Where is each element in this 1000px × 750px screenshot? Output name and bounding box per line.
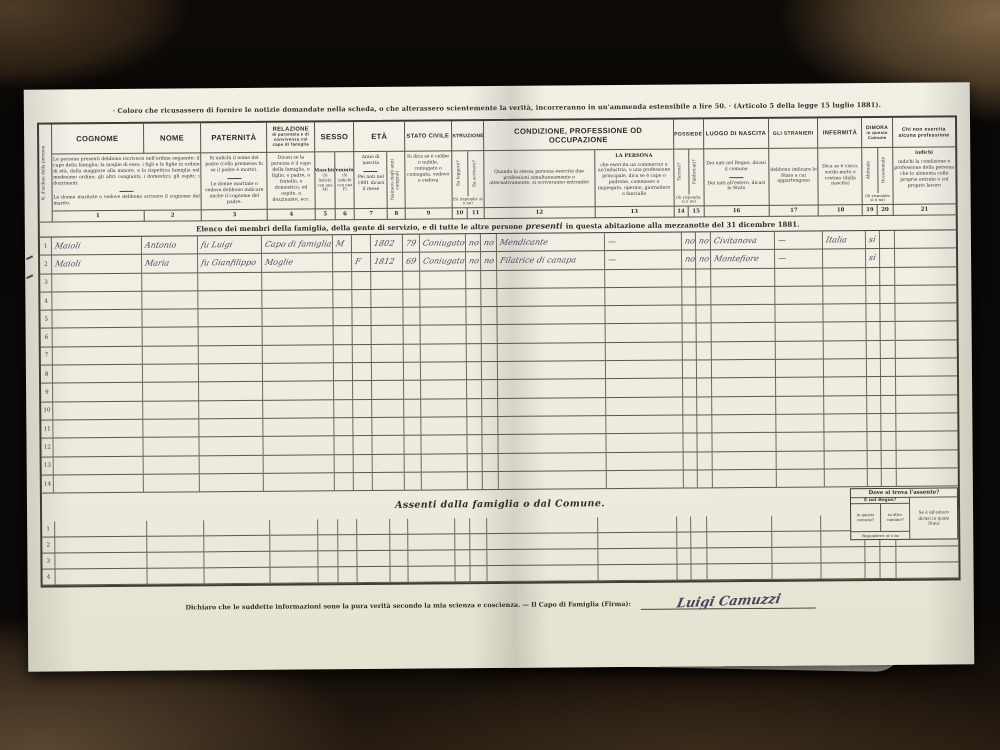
cell-legge [468, 472, 483, 490]
cell-chi [897, 450, 958, 469]
cell-stato [422, 454, 468, 473]
cell-anno: 1812 [371, 253, 403, 272]
col-number-8: 8 [388, 209, 406, 220]
cell-m [334, 473, 354, 491]
col-number-9: 9 [406, 208, 453, 219]
cell-luogo [713, 433, 777, 452]
cell-legge [467, 344, 482, 362]
cell-scrive [482, 417, 498, 435]
cell-condizione [499, 434, 607, 453]
cell-chi [896, 547, 958, 563]
handwritten-entry: fu Luigi [197, 240, 233, 249]
cell-occasionale [881, 377, 896, 395]
cell-infermita [823, 268, 866, 287]
cell-abituale [867, 432, 881, 450]
cell-abituale [867, 341, 881, 359]
cell-anno [372, 326, 404, 345]
cell-fabbricati [697, 324, 712, 342]
cell-cognome [53, 310, 142, 329]
terreni-header: Terreni? [674, 150, 689, 195]
cell-infermita [823, 286, 866, 305]
cell-anno [372, 345, 404, 364]
cell-anni: 79 [403, 235, 420, 253]
cell-stato [408, 519, 455, 535]
cell-paternita [199, 346, 263, 365]
relazione-note: Dicasi se la persona è il capo della fam… [268, 152, 316, 209]
margin-pen-mark [26, 255, 33, 260]
cell-occasionale [881, 341, 896, 359]
cell-fabbricati [691, 533, 707, 549]
cell-persona [605, 287, 682, 306]
cell-terreni [677, 533, 692, 549]
cell-paternita: fu Luigi [198, 236, 262, 255]
cell-chi [896, 304, 957, 323]
cell-nome [147, 536, 205, 552]
cell-legge [466, 271, 481, 289]
cell-stranieri [776, 360, 824, 379]
cell-fabbricati [697, 360, 712, 378]
sa-leggere-header: Sa leggere? [452, 151, 468, 196]
cell-scrive [482, 380, 498, 398]
cell-m [333, 308, 353, 326]
handwritten-entry: — [604, 237, 617, 246]
handwritten-entry: Montefiore [711, 254, 761, 263]
cell-fabbricati [698, 415, 713, 433]
col-luogo-nascita-header: LUOGO DI NASCITA [704, 119, 769, 150]
handwritten-entry: 1812 [370, 257, 395, 266]
cell-f [354, 436, 373, 454]
cell-chi [896, 395, 957, 414]
handwritten-entry: no [480, 256, 495, 265]
cell-stranieri [776, 341, 824, 360]
cell-terreni [684, 452, 698, 470]
cell-fabbricati [692, 565, 708, 581]
cell-nome [147, 520, 205, 536]
row-number: 13 [42, 457, 55, 475]
cell-luogo [713, 470, 777, 489]
cell-scrive [482, 399, 498, 417]
photo-background: · Coloro che ricusassero di fornire le n… [0, 0, 1000, 750]
cell-abituale [866, 286, 880, 304]
cell-f [354, 473, 373, 491]
col-stato-civile-header: STATO CIVILE [405, 121, 452, 151]
cell-anni [404, 326, 421, 344]
cell-f [354, 455, 373, 473]
cell-persona [606, 306, 683, 325]
cell-luogo [713, 451, 777, 470]
cell-cognome [55, 521, 147, 538]
cell-relazione [263, 363, 334, 382]
cell-m [333, 327, 353, 345]
cell-cognome [54, 383, 143, 402]
cell-abituale [866, 268, 880, 286]
luogo-nascita-note: Dei nati nel Regno, dicasi il comune Dei… [704, 149, 770, 207]
col-number-19: 19 [863, 205, 878, 216]
cell-stranieri [772, 564, 822, 580]
handwritten-entry: F [352, 258, 362, 267]
cell-nome [143, 438, 199, 457]
handwritten-entry: Maioli [52, 241, 82, 250]
penalty-note: · Coloro che ricusassero di fornire le n… [37, 100, 957, 115]
cell-luogo [707, 564, 772, 581]
cell-terreni: no [682, 232, 696, 250]
signature-line: Luigi Camuzzi [641, 595, 816, 610]
cell-anni [404, 399, 421, 417]
cell-stato [408, 551, 455, 567]
cell-infermita [824, 359, 867, 378]
row-number: 14 [42, 475, 55, 493]
cell-f [353, 308, 372, 326]
cell-persona [607, 434, 684, 453]
cell-abituale [866, 322, 880, 340]
cell-nome [147, 552, 205, 568]
handwritten-entry: no [681, 237, 696, 246]
handwritten-entry: no [695, 255, 710, 264]
col-number-1: 1 [53, 211, 145, 223]
cell-scrive [470, 534, 487, 550]
cell-paternita [205, 552, 271, 569]
cell-anni [405, 436, 422, 454]
cell-luogo [712, 287, 776, 306]
cell-anni [404, 290, 421, 308]
cell-f [338, 535, 357, 551]
cell-luogo [713, 396, 777, 415]
cell-relazione [271, 568, 319, 584]
cell-infermita [824, 432, 867, 451]
cell-anni [405, 418, 422, 436]
cell-f [354, 418, 373, 436]
cell-fabbricati [696, 269, 711, 287]
cell-cognome: Maioli [52, 237, 141, 256]
cell-stato [421, 344, 467, 363]
cell-infermita [824, 396, 867, 415]
cell-paternita [199, 364, 263, 383]
cell-occasionale [882, 450, 897, 468]
cell-occasionale [881, 396, 896, 414]
handwritten-entry: Mendicante [496, 238, 549, 247]
cell-terreni [677, 565, 692, 581]
cell-m [318, 567, 338, 583]
row-number: 8 [41, 366, 54, 384]
cell-stranieri [775, 268, 823, 287]
cell-anno [372, 363, 404, 382]
cell-cognome [55, 553, 147, 570]
handwritten-entry: — [604, 256, 617, 265]
col-chi-non-esercita-header: Chi non esercita alcuna professione [893, 117, 956, 147]
cell-chi [897, 432, 958, 451]
cell-scrive [483, 454, 499, 472]
col-number-12: 12 [484, 207, 595, 219]
cell-anno: 1802 [371, 235, 403, 254]
cell-scrive [483, 472, 499, 490]
cell-occasionale [881, 322, 896, 340]
cell-persona [606, 342, 683, 361]
cognome-nome-note: Le persone presenti debbono iscriversi n… [52, 153, 202, 211]
cell-relazione [264, 455, 335, 474]
cell-m [318, 519, 338, 535]
cell-luogo [707, 532, 772, 549]
cell-fabbricati [697, 379, 712, 397]
cell-relazione [262, 272, 333, 291]
cell-cognome: Maioli [53, 255, 142, 274]
cell-infermita [822, 547, 866, 563]
col-paternita-header: PATERNITÀ [201, 123, 267, 154]
cell-anno [358, 535, 391, 551]
cell-relazione [263, 308, 334, 327]
col-number-6: 6 [336, 209, 355, 220]
cell-fabbricati [698, 470, 713, 488]
col-infermita-header: INFERMITÀ [818, 118, 862, 148]
cell-cognome [54, 401, 143, 420]
cell-persona [606, 379, 683, 398]
cell-luogo [712, 305, 776, 324]
table-header: N. d'ordine della persona COGNOME NOME L… [39, 117, 956, 222]
cell-stato [421, 362, 467, 381]
cell-anni [404, 344, 421, 362]
cell-anno [372, 308, 404, 327]
handwritten-entry: Maria [141, 259, 170, 268]
assenti-title: Assenti dalla famiglia o dal Comune. [395, 498, 605, 511]
cell-legge [467, 381, 482, 399]
cell-anni [404, 363, 421, 381]
abituale-header: Abituale [863, 148, 878, 193]
cell-condizione [487, 565, 598, 582]
cell-abituale [867, 414, 881, 432]
cell-paternita [198, 291, 262, 310]
margin-pen-mark [26, 274, 33, 279]
row-number: 1 [40, 238, 53, 256]
cell-abituale [867, 396, 881, 414]
cell-stranieri [776, 378, 824, 397]
condizione-note: Quando la stessa persona esercita due pr… [484, 150, 595, 208]
cell-fabbricati: no [696, 232, 711, 250]
cell-f: F [352, 253, 371, 271]
census-sheet: · Coloro che ricusassero di fornire le n… [24, 82, 975, 671]
cell-anno [358, 567, 391, 583]
cell-condizione [498, 398, 606, 417]
fabbricati-header: Fabbricati? [689, 149, 703, 194]
cell-relazione: Moglie [262, 254, 333, 273]
cell-scrive: no [481, 234, 497, 252]
cell-legge [455, 566, 471, 582]
handwritten-entry: Capo di famiglia [261, 239, 332, 249]
cell-condizione [498, 380, 606, 399]
assente-regno-column: È nel Regno? in questo comune? in altro … [851, 498, 911, 539]
cell-abituale [866, 304, 880, 322]
cell-occasionale [882, 469, 897, 487]
stranieri-note: debbono indicare lo Stato a cui apparten… [769, 148, 819, 205]
cell-chi [896, 563, 958, 579]
cell-stato [408, 567, 455, 583]
census-table: N. d'ordine della persona COGNOME NOME L… [37, 115, 961, 587]
declaration-line: Dichiaro che le suddette informazioni so… [41, 594, 961, 615]
cell-terreni [683, 379, 697, 397]
cell-persona [598, 517, 677, 534]
col-nome-header: NOME [144, 123, 202, 153]
cell-infermita [823, 304, 866, 323]
cell-scrive [470, 518, 487, 534]
head-of-family-signature: Luigi Camuzzi [675, 593, 781, 611]
cell-chi [896, 340, 957, 359]
cell-scrive [481, 271, 497, 289]
cell-persona [598, 549, 677, 566]
cell-condizione [499, 453, 607, 472]
cell-legge: no [466, 252, 481, 270]
handwritten-entry: Filatrice di canapa [496, 256, 577, 266]
cell-condizione: Filatrice di canapa [497, 251, 605, 270]
cell-anni [391, 535, 409, 551]
cell-chi [896, 377, 957, 396]
cell-paternita [199, 419, 263, 438]
handwritten-entry: Maioli [52, 260, 82, 269]
cell-terreni: no [682, 251, 696, 269]
cell-fabbricati [697, 342, 712, 360]
cell-cognome [54, 420, 143, 439]
cell-terreni [677, 517, 692, 533]
cell-occasionale [882, 432, 897, 450]
cell-infermita [823, 249, 866, 268]
cell-f [353, 363, 372, 381]
cell-f [352, 235, 371, 253]
handwritten-entry: 1802 [370, 239, 395, 248]
col-number-11: 11 [468, 208, 485, 219]
row-number: 4 [42, 570, 55, 586]
cell-fabbricati [691, 517, 707, 533]
cell-condizione [498, 306, 606, 325]
cell-stranieri [772, 516, 822, 532]
col-number-18: 18 [819, 205, 863, 216]
cell-chi [896, 322, 957, 341]
col-condizione-header: CONDIZIONE, PROFESSIONE OD OCCUPAZIONE [484, 120, 674, 151]
cell-occasionale [880, 286, 895, 304]
cell-anni [405, 454, 422, 472]
cell-paternita [200, 474, 264, 493]
handwritten-entry: no [465, 257, 480, 266]
dimora-subcolumns: Abituale Occasionale (Si risponda: sì o … [863, 148, 894, 205]
cell-stranieri [775, 323, 823, 342]
cell-m [334, 400, 354, 418]
handwritten-entry: no [480, 238, 495, 247]
cell-anni [404, 381, 421, 399]
cell-m [318, 551, 338, 567]
cell-cognome [55, 537, 147, 554]
cell-luogo [712, 378, 776, 397]
handwritten-entry: Antonio [141, 241, 177, 250]
cell-stranieri [775, 286, 823, 305]
cell-scrive [482, 344, 498, 362]
cell-terreni [683, 342, 697, 360]
col-number-10: 10 [452, 208, 468, 219]
cell-stato [422, 436, 468, 455]
cell-scrive [482, 307, 498, 325]
col-sesso-header: SESSO [315, 122, 355, 152]
cell-paternita [199, 401, 263, 420]
cell-stranieri: — [775, 231, 823, 250]
cell-terreni [683, 415, 697, 433]
cell-stranieri [776, 433, 824, 452]
cell-chi [897, 468, 958, 487]
handwritten-entry: sì [865, 235, 877, 244]
cell-nome: Antonio [142, 236, 198, 255]
cell-paternita [205, 568, 271, 585]
row-number: 3 [40, 274, 53, 292]
cell-scrive [471, 566, 488, 582]
cell-occasionale [880, 267, 895, 285]
cell-infermita [825, 451, 868, 470]
row-number: 5 [40, 311, 53, 329]
la-persona-note: LA PERSONA che esercita un commercio o u… [595, 150, 674, 208]
cell-fabbricati [692, 549, 708, 565]
cell-m [334, 455, 354, 473]
cell-relazione [271, 552, 319, 568]
handwritten-entry: 79 [402, 239, 417, 248]
assente-questo-comune: in questo comune? [851, 504, 881, 531]
cell-anni: 69 [403, 253, 420, 271]
cell-f [353, 345, 372, 363]
cell-stranieri [776, 396, 824, 415]
cell-f [339, 567, 358, 583]
handwritten-entry: Moglie [261, 258, 294, 267]
cell-stato [421, 289, 467, 308]
cell-abituale [867, 451, 881, 469]
cell-nome [144, 474, 200, 493]
cell-m [334, 382, 354, 400]
handwritten-entry: no [681, 255, 696, 264]
cell-stato [422, 472, 468, 491]
cell-condizione [487, 549, 598, 566]
chi-non-esercita-note: indichi indichi la condizione o professi… [893, 147, 956, 204]
cell-persona [606, 361, 683, 380]
cell-occasionale [881, 304, 896, 322]
handwritten-entry: sì [865, 253, 877, 262]
cell-f [339, 551, 358, 567]
cell-occasionale [881, 563, 897, 579]
cell-condizione [498, 343, 606, 362]
cell-stato [421, 399, 467, 418]
cell-nome [143, 346, 199, 365]
cell-chi [897, 413, 958, 432]
dove-assente-box: Dove si trova l'assente? È nel Regno? in… [850, 488, 958, 541]
cell-anni [404, 308, 421, 326]
cell-terreni [683, 434, 697, 452]
cell-persona [606, 416, 683, 435]
istruzione-subcolumns: Sa leggere? Sa scrivere? (Si risponda: s… [452, 151, 485, 208]
cell-infermita [825, 469, 868, 488]
paternita-note: Si indichi il nome del padre (colla prem… [202, 153, 268, 211]
col-number-21: 21 [893, 204, 955, 215]
col-stranieri-header: GLI STRANIERI [769, 118, 819, 148]
cell-paternita [199, 327, 263, 346]
cell-abituale [866, 547, 881, 563]
cell-persona [598, 565, 677, 582]
cell-cognome [53, 347, 142, 366]
cell-persona: — [605, 251, 682, 270]
cell-chi [895, 230, 956, 249]
cell-relazione [263, 345, 334, 364]
cell-persona [607, 470, 684, 489]
cell-legge [455, 518, 471, 534]
cell-paternita [198, 272, 262, 291]
cell-persona [606, 397, 683, 416]
col-possiede-header: POSSIEDE [673, 119, 703, 149]
cell-relazione [263, 382, 334, 401]
cell-stranieri [775, 305, 823, 324]
sesso-maschio: Maschio (Si indichi con una M) [315, 152, 336, 209]
present-persons-rows: 1MaioliAntoniofu LuigiCapo di famigliaM1… [40, 230, 958, 493]
col-number-17: 17 [770, 205, 820, 216]
cell-abituale: sì [866, 231, 880, 249]
cell-stranieri [772, 548, 822, 564]
